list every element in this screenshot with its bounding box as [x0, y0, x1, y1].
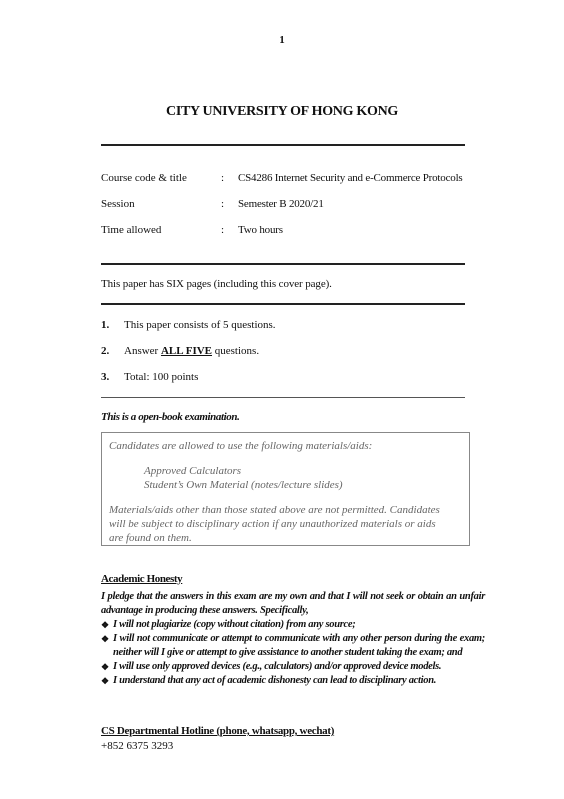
hotline-heading: CS Departmental Hotline (phone, whatsapp… — [101, 725, 334, 737]
pages-note: This paper has SIX pages (including this… — [101, 278, 332, 290]
pledge-bullet-text: I will not plagiarize (copy without cita… — [113, 619, 355, 630]
diamond-bullet-icon: ❖ — [101, 660, 109, 674]
divider-top — [101, 144, 465, 146]
instruction-text: Answer — [124, 345, 161, 357]
divider-course-info — [101, 263, 465, 265]
instruction-text: questions. — [212, 345, 259, 357]
materials-box: Candidates are allowed to use the follow… — [101, 432, 470, 546]
pledge-text: I pledge that the answers in this exam a… — [101, 590, 485, 618]
pledge-bullet-text: I will use only approved devices (e.g., … — [113, 661, 441, 672]
time-allowed-colon: : — [221, 224, 224, 236]
diamond-bullet-icon: ❖ — [101, 632, 109, 646]
hotline-phone: +852 6375 3293 — [101, 740, 173, 752]
course-code-label: Course code & title — [101, 172, 187, 184]
pledge-bullet-text: I will not communicate or attempt to com… — [113, 633, 485, 658]
academic-honesty-heading: Academic Honesty — [101, 573, 182, 585]
course-code-value: CS4286 Internet Security and e-Commerce … — [238, 172, 463, 184]
session-label: Session — [101, 198, 135, 210]
academic-honesty-pledge: I pledge that the answers in this exam a… — [101, 590, 485, 688]
instruction-item: This paper consists of 5 questions. — [124, 319, 276, 331]
divider-instructions — [101, 397, 465, 398]
instruction-number: 2. — [101, 345, 109, 357]
instruction-item: Total: 100 points — [124, 371, 198, 383]
diamond-bullet-icon: ❖ — [101, 674, 109, 688]
course-code-colon: : — [221, 172, 224, 184]
university-title: CITY UNIVERSITY OF HONG KONG — [0, 104, 564, 120]
pledge-bullet: ❖ I will not communicate or attempt to c… — [101, 632, 485, 660]
materials-item: Student’s Own Material (notes/lecture sl… — [144, 479, 343, 491]
instruction-number: 1. — [101, 319, 109, 331]
pledge-bullet: ❖ I understand that any act of academic … — [101, 674, 485, 688]
instruction-number: 3. — [101, 371, 109, 383]
time-allowed-value: Two hours — [238, 224, 283, 236]
pledge-list: ❖ I will not plagiarize (copy without ci… — [101, 618, 485, 688]
materials-warning-line: will be subject to disciplinary action i… — [109, 517, 436, 531]
instruction-text: Total: 100 points — [124, 371, 198, 383]
pledge-bullet: ❖ I will use only approved devices (e.g.… — [101, 660, 485, 674]
diamond-bullet-icon: ❖ — [101, 618, 109, 632]
pledge-bullet: ❖ I will not plagiarize (copy without ci… — [101, 618, 485, 632]
materials-warning-line: are found on them. — [109, 531, 192, 545]
pledge-bullet-text: I understand that any act of academic di… — [113, 675, 436, 686]
instruction-emphasis: ALL FIVE — [161, 345, 212, 357]
instruction-text: This paper consists of 5 questions. — [124, 319, 276, 331]
materials-warning-line: Materials/aids other than those stated a… — [109, 503, 440, 517]
session-value: Semester B 2020/21 — [238, 198, 324, 210]
divider-pages-note — [101, 303, 465, 305]
session-colon: : — [221, 198, 224, 210]
time-allowed-label: Time allowed — [101, 224, 161, 236]
materials-item: Approved Calculators — [144, 465, 241, 477]
page-number: 1 — [0, 34, 564, 46]
materials-intro: Candidates are allowed to use the follow… — [109, 440, 372, 452]
instruction-item: Answer ALL FIVE questions. — [124, 345, 259, 357]
open-book-note: This is a open-book examination. — [101, 411, 239, 423]
